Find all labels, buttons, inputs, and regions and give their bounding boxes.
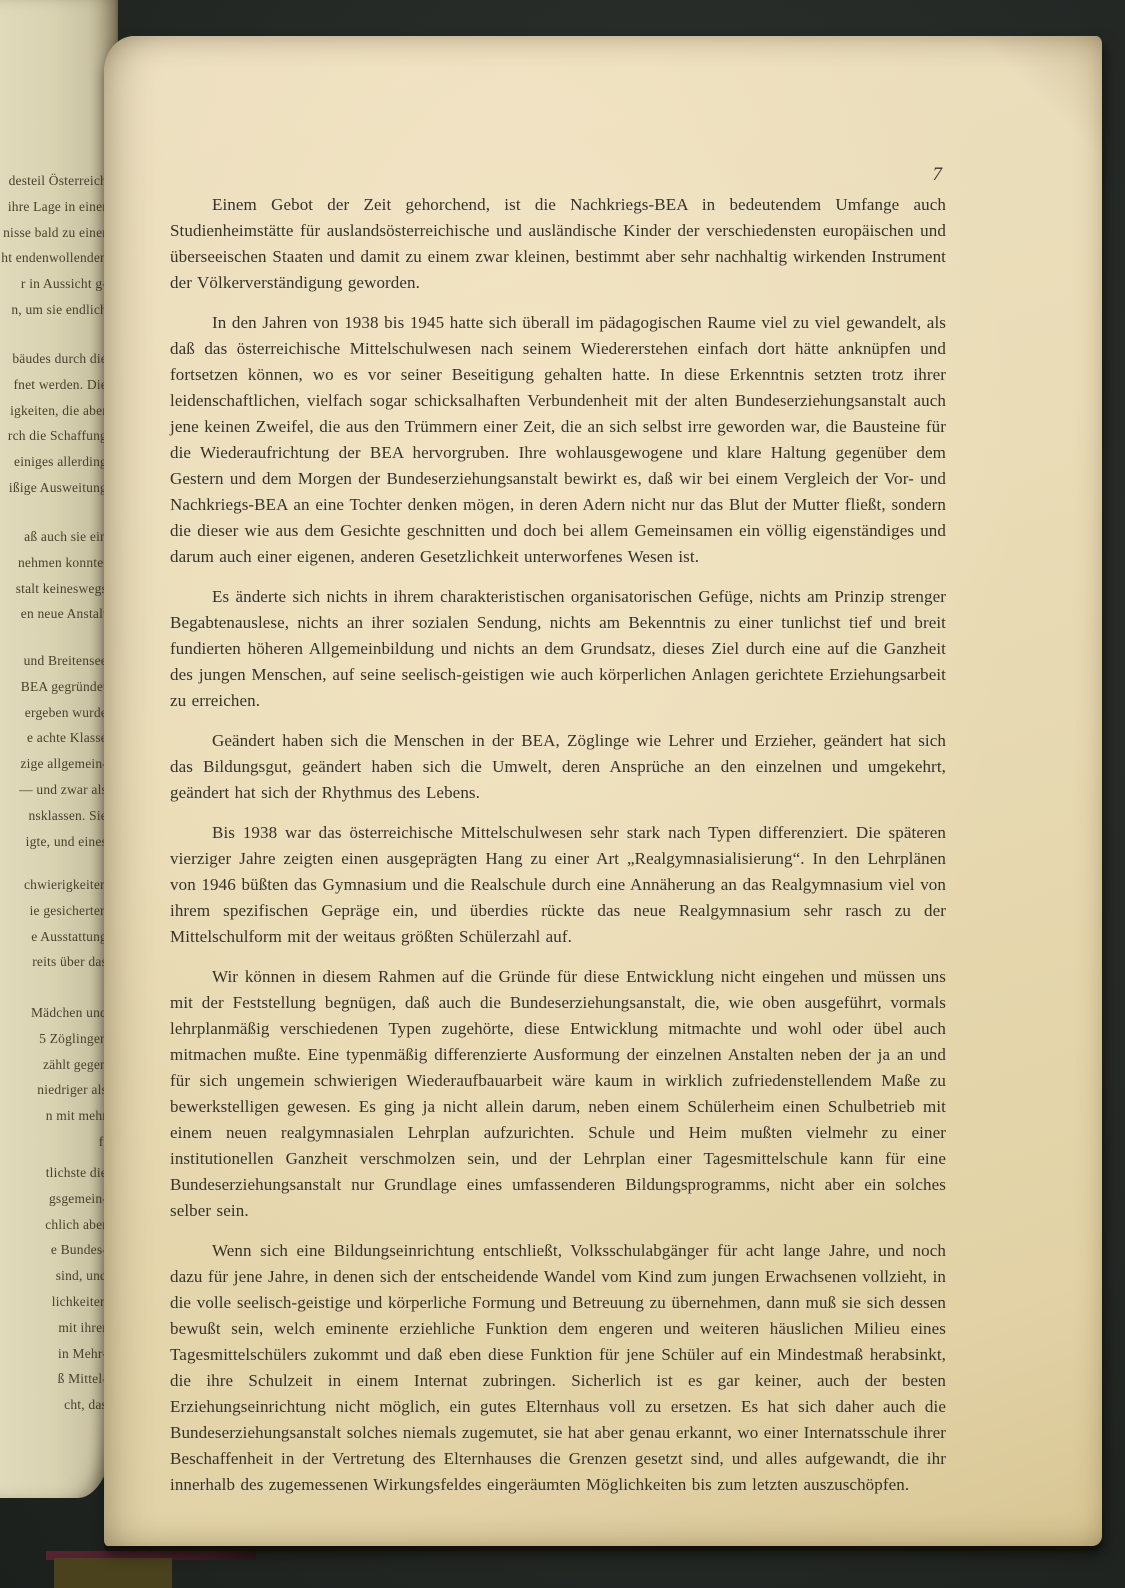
book-cover-edge-olive [54, 1558, 172, 1588]
paragraph: Es änderte sich nichts in ihrem charakte… [170, 584, 946, 714]
paragraph: Bis 1938 war das österreichische Mittels… [170, 820, 946, 950]
spine-fragment-group: aß auch sie ein nehmen konnte. stalt kei… [0, 524, 107, 627]
spine-fragment-group: bäudes durch die fnet werden. Die igkeit… [0, 346, 107, 501]
spine-fragment-group: tlichste die gsgemein- chlich aber e Bun… [0, 1160, 107, 1418]
paragraph: Einem Gebot der Zeit gehorchend, ist die… [170, 192, 946, 296]
spine-fragment-group: chwierigkeiten ie gesicherten e Ausstatt… [0, 872, 107, 975]
page-text: Einem Gebot der Zeit gehorchend, ist die… [170, 192, 946, 1498]
paragraph: Wir können in diesem Rahmen auf die Grün… [170, 964, 946, 1224]
spine-fragment-group: desteil Österreich ihre Lage in einer ni… [0, 168, 107, 323]
paragraph: Geändert haben sich die Menschen in der … [170, 728, 946, 806]
paragraph: In den Jahren von 1938 bis 1945 hatte si… [170, 310, 946, 570]
book-page: 7 Einem Gebot der Zeit gehorchend, ist d… [104, 36, 1102, 1546]
facing-page-edge: desteil Österreich ihre Lage in einer ni… [0, 0, 118, 1498]
spine-fragment-group: Mädchen und 5 Zöglingen zählt gegen nied… [0, 1000, 107, 1155]
scanned-book-photo: desteil Österreich ihre Lage in einer ni… [0, 0, 1125, 1588]
paragraph: Wenn sich eine Bildungseinrichtung entsc… [170, 1238, 946, 1498]
page-number: 7 [933, 164, 943, 186]
spine-fragment-group: und Breitensee BEA gegründet ergeben wur… [0, 648, 107, 854]
